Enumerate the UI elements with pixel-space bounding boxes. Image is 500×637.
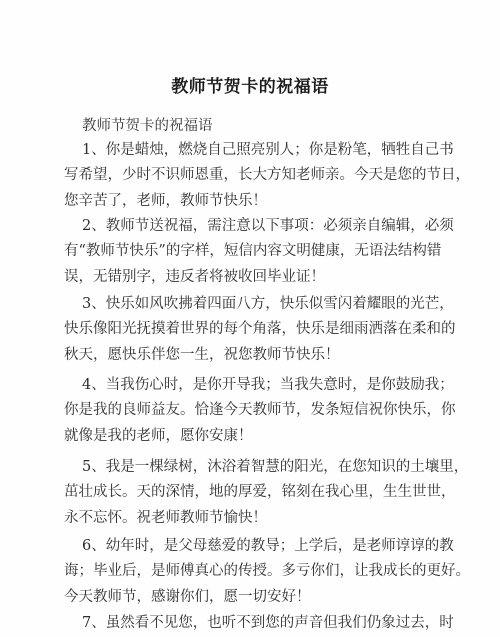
- paragraph-line: 茁壮成长。天的深情，地的厚爱，铭刻在我心里，生生世世，: [64, 482, 456, 502]
- paragraph-line: 就像是我的老师，愿你安康！: [64, 426, 253, 446]
- paragraph-line: 1、你是蜡烛，燃烧自己照亮别人；你是粉笔，牺牲自己书: [82, 140, 454, 160]
- paragraph-line: 2、教师节送祝福，需注意以下事项：必须亲自编辑，必须: [82, 216, 454, 236]
- paragraph-line: 6、幼年时，是父母慈爱的教导；上学后，是老师谆谆的教: [82, 536, 454, 556]
- paragraph-line: 写希望，少时不识师恩重，长大方知老师亲。今天是您的节日，: [64, 165, 470, 185]
- paragraph-line: 今天教师节，感谢你们，愿一切安好！: [64, 587, 311, 607]
- document-subtitle: 教师节贺卡的祝福语: [82, 114, 213, 135]
- paragraph-line: 有“教师节快乐”的字样，短信内容文明健康，无语法结构错: [64, 241, 441, 261]
- paragraph-line: 永不忘怀。祝老师教师节愉快！: [64, 508, 267, 528]
- paragraph-line: 3、快乐如风吹拂着四面八方，快乐似雪闪着耀眼的光芒，: [82, 294, 454, 314]
- paragraph-line: 误，无错别字，违反者将被收回毕业证！: [64, 267, 325, 287]
- paragraph-line: 秋天，愿快乐伴您一生，祝您教师节快乐！: [64, 345, 340, 365]
- paragraph-line: 你是我的良师益友。恰逢今天教师节，发条短信祝你快乐，你: [64, 400, 456, 420]
- paragraph-line: 诲；毕业后，是师傅真心的传授。多亏你们，让我成长的更好。: [64, 561, 470, 581]
- paragraph-line: 4、当我伤心时，是你开导我；当我失意时，是你鼓励我；: [82, 375, 454, 395]
- paragraph-line: 快乐像阳光抚摸着世界的每个角落，快乐是细雨洒落在柔和的: [64, 319, 456, 339]
- document-page: 教师节贺卡的祝福语 教师节贺卡的祝福语 1、你是蜡烛，燃烧自己照亮别人；你是粉笔…: [0, 0, 500, 637]
- paragraph-line: 7、虽然看不见您，也听不到您的声音但我们仍象过去，时: [82, 613, 454, 633]
- paragraph-line: 5、我是一棵绿树，沐浴着智慧的阳光，在您知识的土壤里，: [82, 457, 468, 477]
- document-title: 教师节贺卡的祝福语: [0, 72, 500, 97]
- paragraph-line: 您辛苦了，老师，教师节快乐！: [64, 191, 267, 211]
